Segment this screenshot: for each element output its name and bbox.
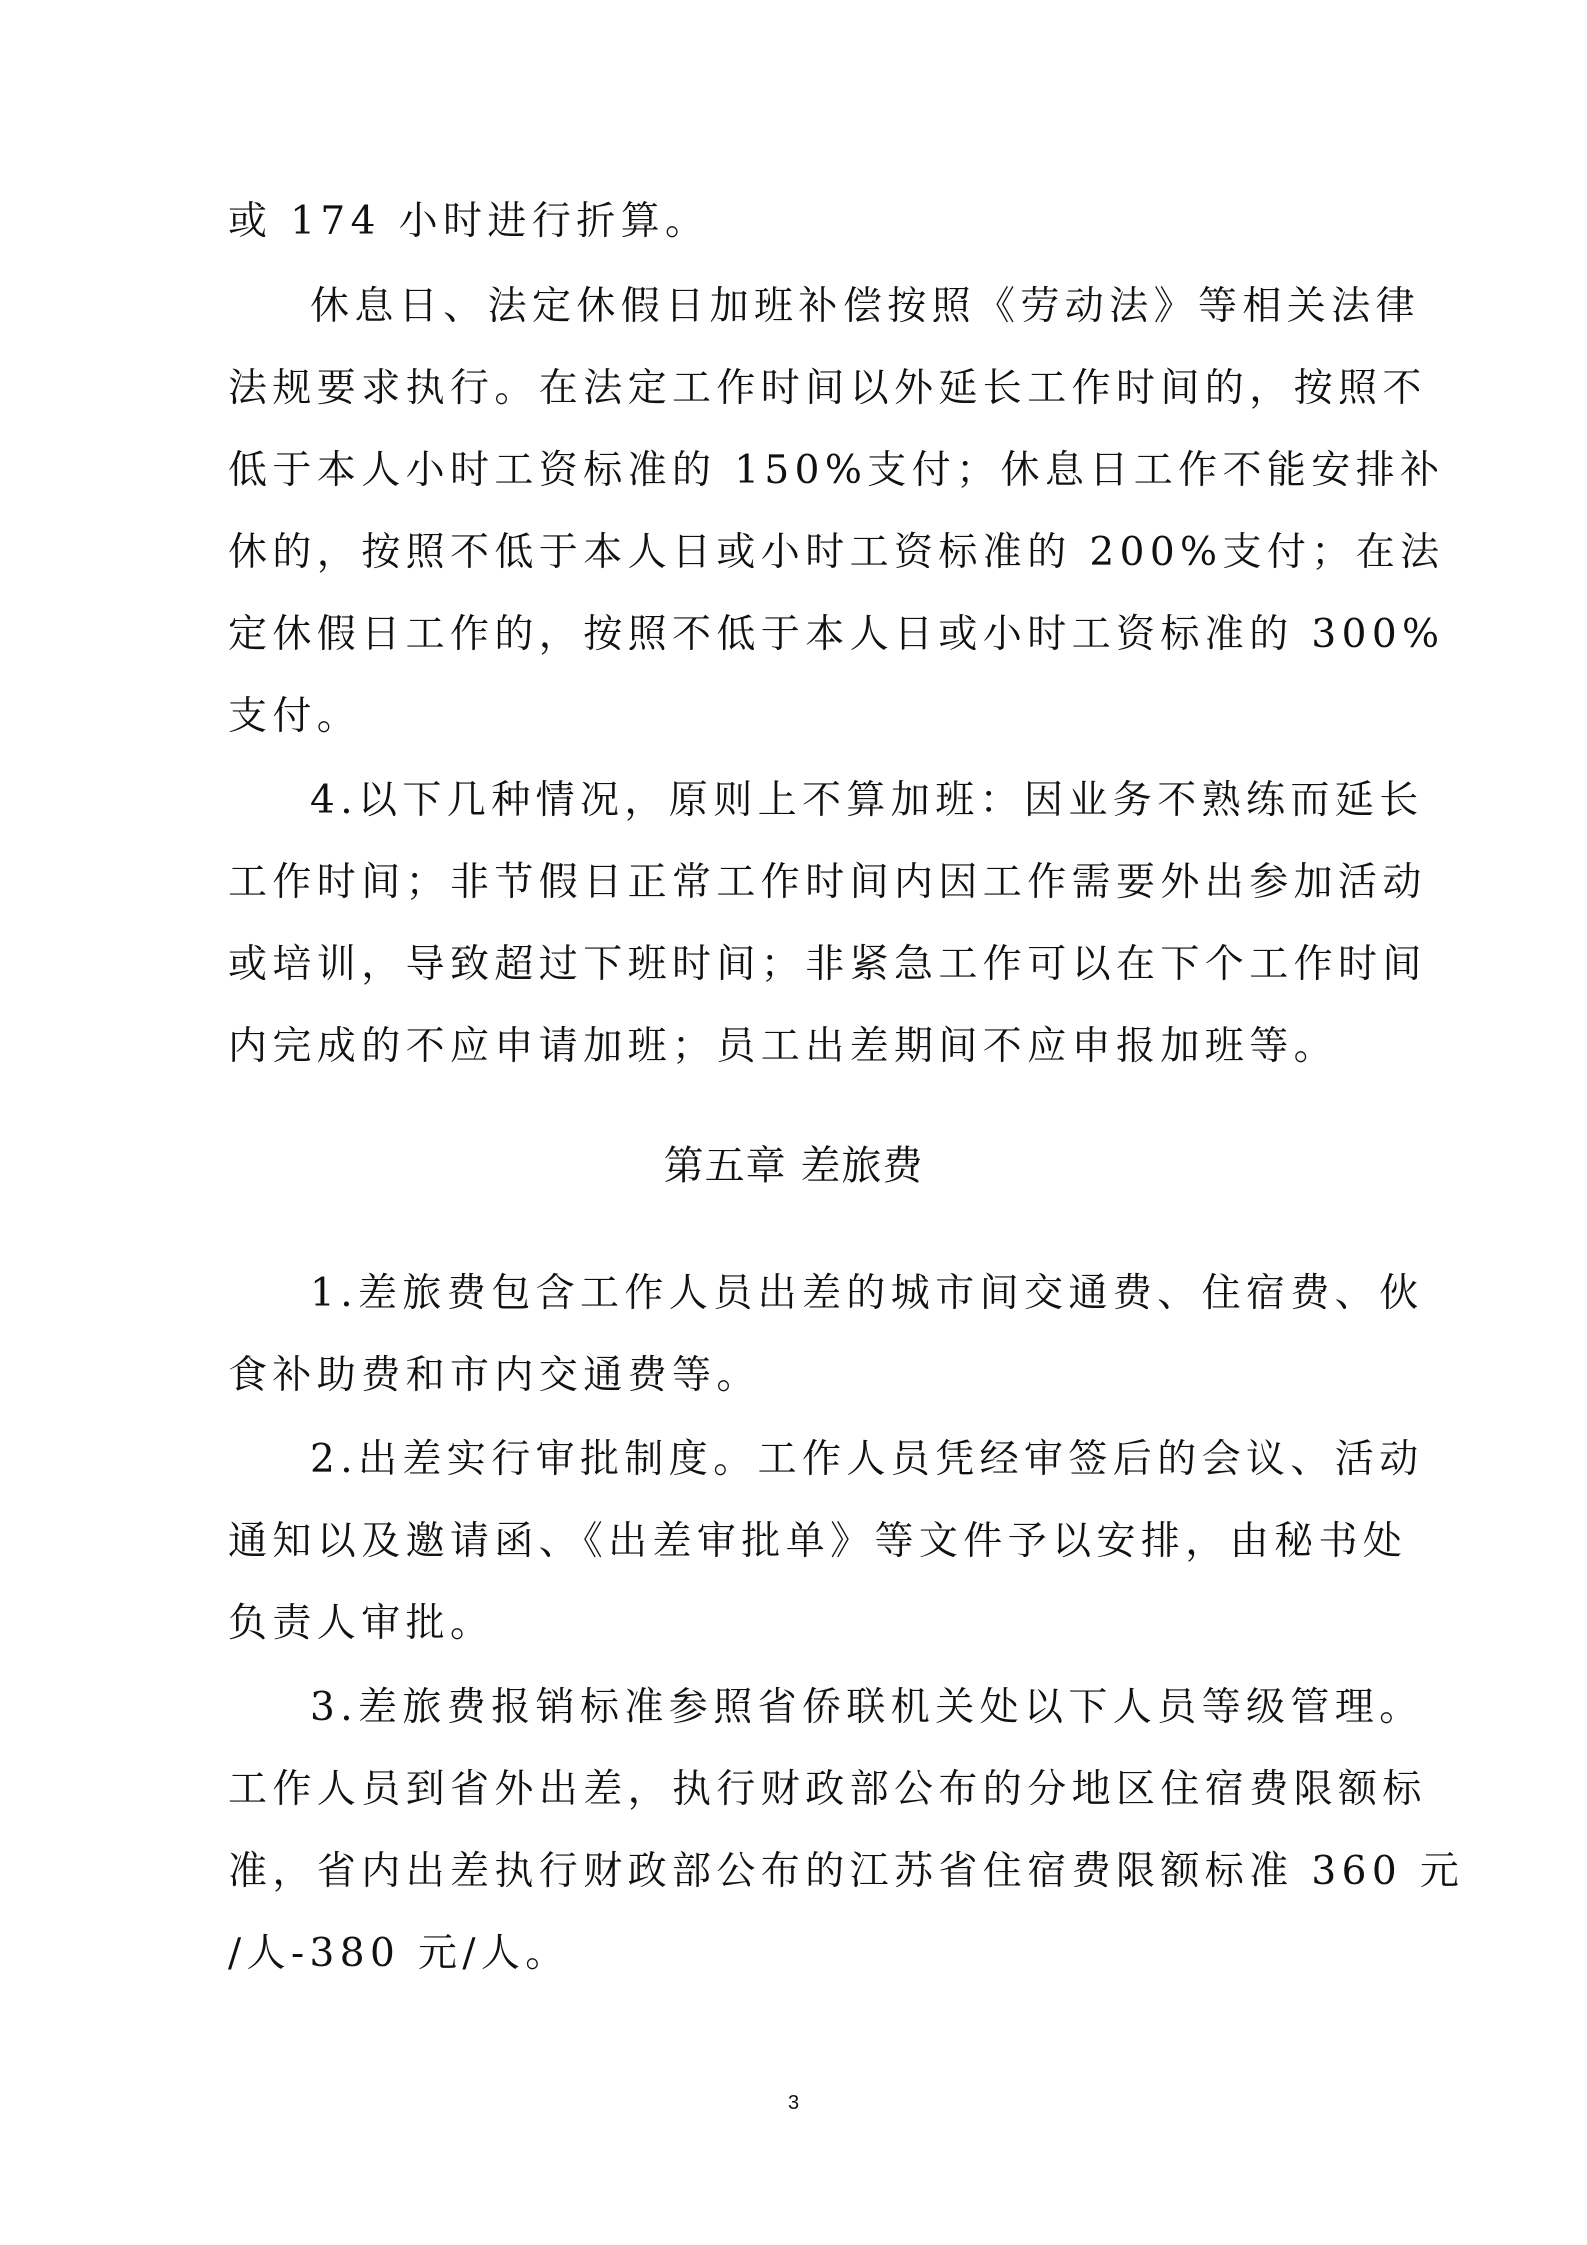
page-number: 3 [0,2092,1587,2115]
paragraph-line: 支付。 [228,693,1368,741]
paragraph-line: /人-380 元/人。 [228,1930,1368,1978]
paragraph-line: 3.差旅费报销标准参照省侨联机关处以下人员等级管理。 [310,1684,1368,1732]
paragraph-line: 定休假日工作的，按照不低于本人日或小时工资标准的 300% [228,611,1368,659]
chapter-heading: 第五章 差旅费 [0,1142,1587,1190]
paragraph-line: 工作人员到省外出差，执行财政部公布的分地区住宿费限额标 [228,1766,1368,1814]
paragraph-line: 食补助费和市内交通费等。 [228,1352,1368,1400]
document-page: 或 174 小时进行折算。 休息日、法定休假日加班补偿按照《劳动法》等相关法律 … [0,0,1587,2245]
paragraph-line: 低于本人小时工资标准的 150%支付；休息日工作不能安排补 [228,447,1368,495]
paragraph-line: 内完成的不应申请加班；员工出差期间不应申报加班等。 [228,1023,1368,1071]
paragraph-line: 通知以及邀请函、《出差审批单》等文件予以安排，由秘书处 [228,1518,1368,1566]
paragraph-line: 2.出差实行审批制度。工作人员凭经审签后的会议、活动 [310,1436,1368,1484]
paragraph-line: 4.以下几种情况，原则上不算加班：因业务不熟练而延长 [310,777,1368,825]
paragraph-line: 1.差旅费包含工作人员出差的城市间交通费、住宿费、伙 [310,1270,1368,1318]
paragraph-line: 或培训，导致超过下班时间；非紧急工作可以在下个工作时间 [228,941,1368,989]
paragraph-line: 负责人审批。 [228,1600,1368,1648]
paragraph-line: 休的，按照不低于本人日或小时工资标准的 200%支付；在法 [228,529,1368,577]
paragraph-line: 准，省内出差执行财政部公布的江苏省住宿费限额标准 360 元 [228,1848,1368,1896]
paragraph-line: 休息日、法定休假日加班补偿按照《劳动法》等相关法律 [310,283,1368,331]
paragraph-line: 法规要求执行。在法定工作时间以外延长工作时间的，按照不 [228,365,1368,413]
paragraph-line: 工作时间；非节假日正常工作时间内因工作需要外出参加活动 [228,859,1368,907]
paragraph-line: 或 174 小时进行折算。 [228,198,1368,246]
